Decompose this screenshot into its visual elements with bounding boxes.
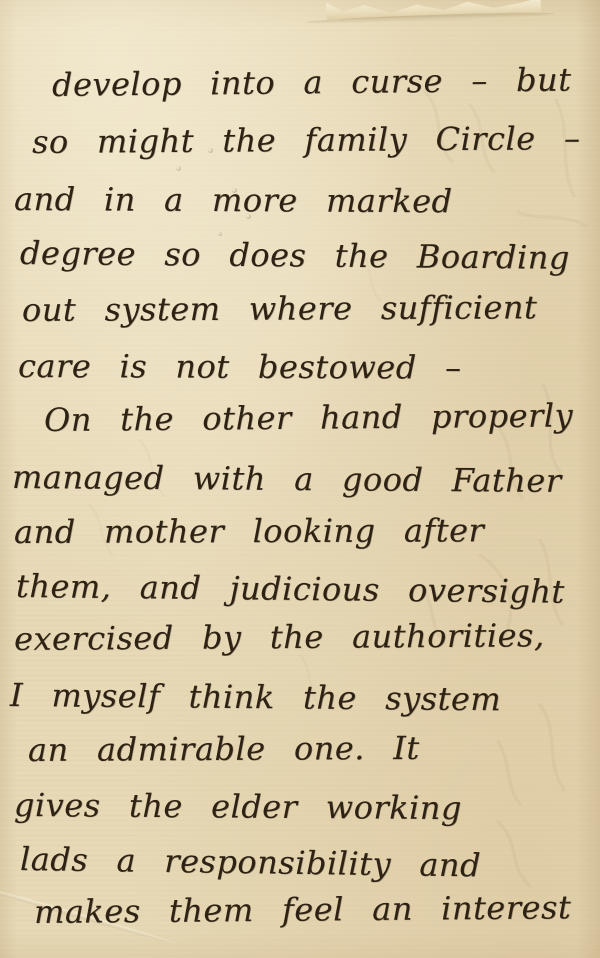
- handwritten-line: so might the family Circle –: [32, 119, 581, 161]
- letter-body: develop into a curse – but so might the …: [0, 0, 600, 958]
- handwritten-line: out system where sufficient: [22, 288, 538, 329]
- handwritten-line: care is not bestowed –: [18, 347, 462, 387]
- handwritten-line: them, and judicious oversight: [16, 567, 565, 611]
- handwritten-line: On the other hand properly: [44, 396, 573, 439]
- handwritten-line: an admirable one. It: [28, 729, 420, 769]
- handwritten-line: and in a more marked: [14, 180, 453, 220]
- handwritten-line: exercised by the authorities,: [14, 616, 545, 658]
- handwritten-line: lads a responsibility and: [20, 840, 482, 884]
- handwritten-line: makes them feel an interest: [34, 888, 572, 931]
- handwritten-line: gives the elder working: [14, 786, 462, 827]
- handwritten-line: I myself think the system: [10, 676, 502, 718]
- handwritten-line: degree so does the Boarding: [20, 234, 570, 277]
- handwritten-line: managed with a good Father: [12, 458, 562, 500]
- letter-scan: develop into a curse – but so might the …: [0, 0, 600, 958]
- handwritten-line: develop into a curse – but: [52, 61, 572, 104]
- handwritten-line: and mother looking after: [14, 511, 484, 551]
